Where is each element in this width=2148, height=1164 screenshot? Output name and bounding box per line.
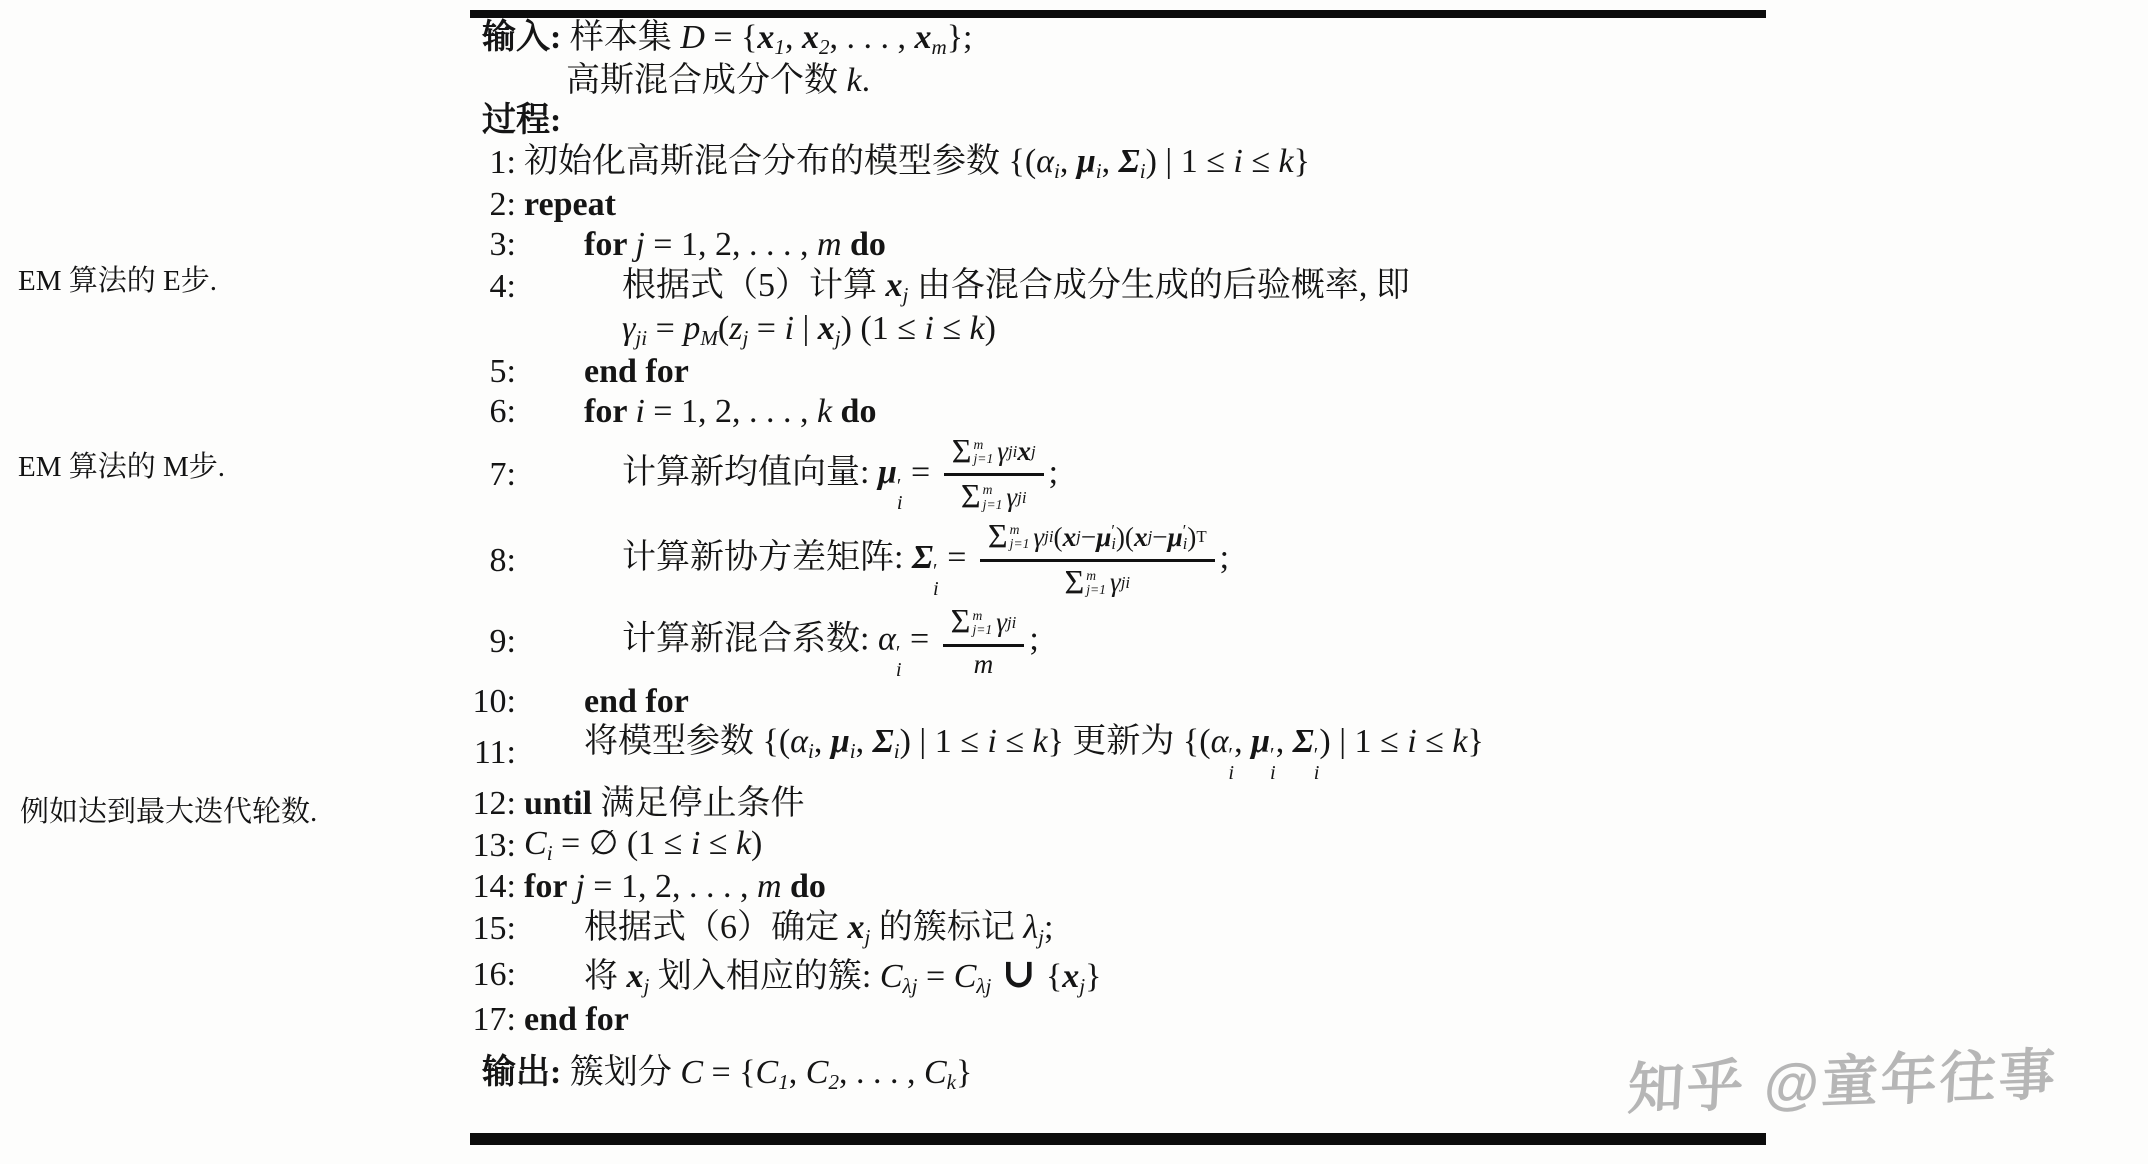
math-var: i <box>924 310 933 347</box>
math-var: C <box>924 1054 947 1091</box>
superscript: T <box>1196 528 1206 546</box>
math-var: γ <box>1033 523 1044 552</box>
line-content: 根据式（5）计算 xj 由各混合成分生成的后验概率, 即 <box>622 267 1410 307</box>
text: = 1, 2, . . . , <box>645 393 817 430</box>
sum-limits: mj=1 <box>1086 569 1106 598</box>
script-var: C <box>680 1054 703 1091</box>
text: 高斯混合成分个数 <box>566 62 847 99</box>
text: ; <box>1220 539 1229 576</box>
line-number: 13: <box>470 827 516 864</box>
math-var: γ <box>996 608 1007 637</box>
line-number: 12: <box>470 785 516 822</box>
algorithm-pseudocode: 输入: 样本集 D = {x1, x2, . . . , xm};高斯混合成分个… <box>470 16 2030 1097</box>
keyword: do <box>790 868 826 905</box>
line-content: until 满足停止条件 <box>524 785 805 822</box>
math-var: α <box>790 723 808 760</box>
text: ≤ <box>934 310 970 347</box>
math-vector: Σ <box>873 723 894 760</box>
text: ) | 1 ≤ <box>1146 143 1234 180</box>
math-var: k <box>817 393 832 430</box>
math-var: i <box>1233 143 1242 180</box>
subscript: 2 <box>828 1070 839 1094</box>
sum-lower-limit: j=1 <box>974 452 994 466</box>
text: = { <box>703 1054 756 1091</box>
algo-row-7: 7:计算新均值向量: μ′i = Σmj=1γjixjΣmj=1γji; <box>470 434 2030 516</box>
text: | <box>794 310 818 347</box>
stack-subscript: i <box>1270 765 1276 782</box>
margin-note-max-iterations: 例如达到最大迭代轮数. <box>20 789 317 830</box>
line-number: 11: <box>470 734 516 771</box>
line-content: Ci = ∅ (1 ≤ i ≤ k) <box>524 825 762 865</box>
line-content: 高斯混合成分个数 k. <box>566 62 870 99</box>
subscript: 2 <box>819 35 830 59</box>
math-var: m <box>757 868 782 905</box>
line-content: 根据式（6）确定 xj 的簇标记 λj; <box>584 909 1053 949</box>
algo-row-6: 6:for i = 1, 2, . . . , k do <box>470 393 2030 430</box>
fraction-denominator: Σmj=1γji <box>1064 562 1130 602</box>
keyword: until <box>524 785 592 822</box>
text: = <box>939 539 975 576</box>
text: = <box>901 621 937 658</box>
fraction-numerator: Σmj=1γji(xj−μ′i)(xj−μ′i)T <box>980 519 1215 562</box>
math-var: D <box>680 19 705 56</box>
subscript: 1 <box>778 1070 789 1094</box>
algo-row-head: 过程: <box>470 102 2030 139</box>
algo-row-cont: γji = pM(zj = i | xj) (1 ≤ i ≤ k) <box>470 310 2030 350</box>
algo-row-12: 12:until 满足停止条件 <box>470 785 2030 822</box>
math-vector: Σ <box>1119 143 1140 180</box>
math-var: α <box>1211 723 1229 760</box>
line-content: 计算新协方差矩阵: Σ′i = Σmj=1γji(xj−μ′i)(xj−μ′i)… <box>622 519 1229 601</box>
text: , <box>789 1054 806 1091</box>
subscript: k <box>947 1070 956 1094</box>
algo-row-5: 5:end for <box>470 353 2030 390</box>
keyword: 过程: <box>482 102 561 139</box>
math-var: i <box>635 393 644 430</box>
line-content: for i = 1, 2, . . . , k do <box>584 393 876 430</box>
math-var: α <box>878 621 896 658</box>
subscript: 1 <box>774 35 785 59</box>
sum-upper-limit: m <box>983 483 1003 497</box>
algo-row-2: 2:repeat <box>470 186 2030 223</box>
sum-operator: Σmj=1 <box>988 519 1030 556</box>
algo-row-4: 4:根据式（5）计算 xj 由各混合成分生成的后验概率, 即 <box>470 267 2030 307</box>
math-vector: μ <box>1096 523 1111 552</box>
algo-row-head: 输入: 样本集 D = {x1, x2, . . . , xm}; <box>470 19 2030 59</box>
algo-row-15: 15:根据式（6）确定 xj 的簇标记 λj; <box>470 909 2030 949</box>
text: , <box>785 19 802 56</box>
keyword: 输出: <box>482 1054 561 1091</box>
text: 划入相应的簇: <box>649 958 879 995</box>
math-var: γ <box>1006 483 1017 512</box>
math-var: C <box>954 958 977 995</box>
keyword: for <box>584 226 635 263</box>
sigma-symbol: Σ <box>952 434 972 471</box>
subscript: ji <box>1008 443 1017 461</box>
line-number: 2: <box>470 186 516 223</box>
sum-upper-limit: m <box>1010 523 1030 537</box>
fraction-denominator: m <box>974 647 994 679</box>
text: } <box>956 1054 972 1091</box>
math-var: i <box>784 310 793 347</box>
math-vector: μ <box>1168 523 1183 552</box>
math-var: k <box>1452 723 1467 760</box>
line-content: end for <box>584 683 689 720</box>
text: ; <box>1029 621 1038 658</box>
text: = <box>918 958 954 995</box>
subscript: ji <box>635 326 647 350</box>
text: ≤ <box>700 825 736 862</box>
text: , <box>1234 723 1251 760</box>
subscript: ji <box>1121 574 1130 592</box>
text: ; <box>1049 454 1058 491</box>
margin-note-e-step: EM 算法的 E步. <box>18 258 217 299</box>
margin-note-m-step: EM 算法的 M步. <box>18 444 225 485</box>
sum-lower-limit: j=1 <box>972 623 992 637</box>
math-vector: μ <box>831 723 850 760</box>
keyword: for <box>524 868 575 905</box>
text: , <box>1102 143 1119 180</box>
text: { <box>1046 958 1062 995</box>
text: ≤ <box>1243 143 1279 180</box>
text: 簇划分 <box>561 1054 680 1091</box>
line-content: γji = pM(zj = i | xj) (1 ≤ i ≤ k) <box>622 310 996 350</box>
subscript: M <box>700 326 718 350</box>
text: , <box>856 723 873 760</box>
text: = <box>647 310 683 347</box>
text <box>842 226 851 263</box>
fraction-denominator: Σmj=1γji <box>961 476 1027 516</box>
stack-subscript: i <box>933 581 939 598</box>
text: = ∅ (1 ≤ <box>553 825 691 862</box>
text: 根据式（5）计算 <box>622 267 886 304</box>
algo-row-head hang: 高斯混合成分个数 k. <box>470 62 2030 99</box>
text: } 更新为 {( <box>1048 723 1211 760</box>
math-var: i <box>691 825 700 862</box>
text: − <box>1081 523 1096 552</box>
line-number: 1: <box>470 144 516 181</box>
math-vector: x <box>1134 523 1148 552</box>
algo-row-11: 11:将模型参数 {(αi, μi, Σi) | 1 ≤ i ≤ k} 更新为 … <box>470 723 2030 782</box>
text: ) <box>985 310 996 347</box>
union-operator: ∪ <box>991 951 1046 996</box>
keyword: end for <box>584 353 689 390</box>
fraction: Σmj=1γjixjΣmj=1γji <box>944 434 1044 516</box>
line-number: 6: <box>470 393 516 430</box>
text: } <box>1085 958 1101 995</box>
text: , <box>1276 723 1293 760</box>
sum-limits: mj=1 <box>972 609 992 638</box>
sigma-symbol: Σ <box>951 604 971 641</box>
sum-limits: mj=1 <box>1010 523 1030 552</box>
math-vector: x <box>802 19 819 56</box>
text: ; <box>1044 909 1053 946</box>
text: , <box>814 723 831 760</box>
text: ( <box>718 310 729 347</box>
line-content: for j = 1, 2, . . . , m do <box>584 226 886 263</box>
line-number: 10: <box>470 683 516 720</box>
math-vector: x <box>914 19 931 56</box>
sigma-symbol: Σ <box>1064 565 1084 602</box>
keyword: do <box>850 226 886 263</box>
line-content: 计算新均值向量: μ′i = Σmj=1γjixjΣmj=1γji; <box>622 434 1058 516</box>
subscript: m <box>931 35 946 59</box>
sum-lower-limit: j=1 <box>1010 537 1030 551</box>
text: , <box>1060 143 1077 180</box>
math-vector: x <box>1062 958 1079 995</box>
text: ) | 1 ≤ <box>900 723 988 760</box>
math-var: i <box>1407 723 1416 760</box>
line-content: 计算新混合系数: α′i = Σmj=1γjim; <box>622 604 1039 679</box>
math-var: i <box>987 723 996 760</box>
line-content: 将模型参数 {(αi, μi, Σi) | 1 ≤ i ≤ k} 更新为 {(α… <box>584 723 1484 782</box>
keyword: do <box>841 393 877 430</box>
stack-subscript: i <box>896 662 902 679</box>
math-var: λ <box>1023 909 1038 946</box>
line-content: end for <box>584 353 689 390</box>
text: ) <box>751 825 762 862</box>
keyword: repeat <box>524 186 616 223</box>
subscript: λj <box>903 974 918 998</box>
text: 根据式（6）确定 <box>584 909 848 946</box>
text: 计算新协方差矩阵: <box>622 539 912 576</box>
line-number: 8: <box>470 542 516 579</box>
text: = 1, 2, . . . , <box>585 868 757 905</box>
line-content: 输出: 簇划分 C = {C1, C2, . . . , Ck} <box>482 1054 972 1094</box>
algorithm-bottom-rule <box>470 1133 1766 1145</box>
sum-operator: Σmj=1 <box>952 434 994 471</box>
line-number: 9: <box>470 623 516 660</box>
math-vector: x <box>848 909 865 946</box>
math-var: p <box>683 310 700 347</box>
math-var: j <box>575 868 584 905</box>
line-content: 初始化高斯混合分布的模型参数 {(αi, μi, Σi) | 1 ≤ i ≤ k… <box>524 143 1310 183</box>
algo-row-1: 1:初始化高斯混合分布的模型参数 {(αi, μi, Σi) | 1 ≤ i ≤… <box>470 143 2030 183</box>
line-content: 将 xj 划入相应的簇: Cλj = Cλj ∪ {xj} <box>584 952 1101 998</box>
math-vector: μ <box>1077 143 1096 180</box>
sigma-symbol: Σ <box>961 479 981 516</box>
subscript: ji <box>1017 489 1026 507</box>
line-number: 3: <box>470 226 516 263</box>
subscript: λj <box>976 974 991 998</box>
text: = <box>903 454 939 491</box>
math-var: k <box>970 310 985 347</box>
math-var: k <box>847 62 862 99</box>
stack-subscript: i <box>1314 765 1320 782</box>
sum-upper-limit: m <box>1086 569 1106 583</box>
text: = { <box>705 19 758 56</box>
math-vector: x <box>1017 437 1031 466</box>
sum-limits: mj=1 <box>974 438 994 467</box>
stack-subscript: i <box>897 495 903 512</box>
math-var: α <box>1036 143 1054 180</box>
line-number: 16: <box>470 956 516 993</box>
fraction: Σmj=1γjim <box>943 604 1025 679</box>
text: 初始化高斯混合分布的模型参数 {( <box>524 143 1036 180</box>
scanned-algorithm-page: EM 算法的 E步. EM 算法的 M步. 例如达到最大迭代轮数. 输入: 样本… <box>0 0 2148 1164</box>
text: = <box>748 310 784 347</box>
line-number: 5: <box>470 353 516 390</box>
text: − <box>1152 523 1167 552</box>
sum-lower-limit: j=1 <box>1086 583 1106 597</box>
keyword: 输入: <box>482 19 561 56</box>
math-vector: x <box>818 310 835 347</box>
line-number: 14: <box>470 868 516 905</box>
math-var: k <box>1033 723 1048 760</box>
math-var: C <box>880 958 903 995</box>
line-content: repeat <box>524 186 616 223</box>
sum-limits: mj=1 <box>983 483 1003 512</box>
math-vector: μ <box>1251 723 1270 760</box>
text: , . . . , <box>839 1054 924 1091</box>
text: ) (1 ≤ <box>841 310 925 347</box>
line-content: for j = 1, 2, . . . , m do <box>524 868 826 905</box>
fraction-numerator: Σmj=1γjixj <box>944 434 1044 477</box>
text: )( <box>1116 523 1134 552</box>
text: ≤ <box>997 723 1033 760</box>
algo-row-9: 9:计算新混合系数: α′i = Σmj=1γjim; <box>470 604 2030 679</box>
text: } <box>1467 723 1483 760</box>
line-number: 15: <box>470 910 516 947</box>
line-number: 17: <box>470 1001 516 1038</box>
line-number: 7: <box>470 456 516 493</box>
text: = 1, 2, . . . , <box>645 226 817 263</box>
math-vector: x <box>886 267 903 304</box>
fraction: Σmj=1γji(xj−μ′i)(xj−μ′i)TΣmj=1γji <box>980 519 1215 601</box>
sum-operator: Σmj=1 <box>961 479 1003 516</box>
math-vector: Σ <box>912 539 933 576</box>
text: ( <box>1054 523 1063 552</box>
subscript: j <box>1031 443 1036 461</box>
algo-row-16: 16:将 xj 划入相应的簇: Cλj = Cλj ∪ {xj} <box>470 952 2030 998</box>
math-var: γ <box>622 310 635 347</box>
fraction-numerator: Σmj=1γji <box>943 604 1025 647</box>
text: . <box>862 62 871 99</box>
text: } <box>1294 143 1310 180</box>
keyword: end for <box>584 683 689 720</box>
sum-upper-limit: m <box>972 609 992 623</box>
math-vector: μ <box>878 454 897 491</box>
stack-subscript: i <box>1228 765 1234 782</box>
math-vector: x <box>1063 523 1077 552</box>
text: }; <box>947 19 973 56</box>
math-var: γ <box>997 437 1008 466</box>
math-vector: x <box>757 19 774 56</box>
sum-operator: Σmj=1 <box>951 604 993 641</box>
line-content: end for <box>524 1001 629 1038</box>
text: 计算新均值向量: <box>622 454 878 491</box>
line-content: 输入: 样本集 D = {x1, x2, . . . , xm}; <box>482 19 972 59</box>
text: 的簇标记 <box>870 909 1023 946</box>
algo-row-10: 10:end for <box>470 683 2030 720</box>
text <box>832 393 841 430</box>
math-var: m <box>974 650 994 679</box>
math-var: k <box>1278 143 1293 180</box>
line-content: 过程: <box>482 102 561 139</box>
math-var: C <box>806 1054 829 1091</box>
text: 满足停止条件 <box>592 785 805 822</box>
math-var: k <box>736 825 751 862</box>
text: ) <box>1187 523 1196 552</box>
math-var: z <box>729 310 742 347</box>
text: ) | 1 ≤ <box>1319 723 1407 760</box>
sigma-symbol: Σ <box>988 519 1008 556</box>
subscript: ji <box>1044 528 1053 546</box>
zhihu-watermark: 知乎 @童年往事 <box>1626 1030 2060 1125</box>
text: 样本集 <box>561 19 680 56</box>
math-var: C <box>524 825 547 862</box>
math-var: C <box>756 1054 779 1091</box>
math-var: j <box>635 226 644 263</box>
algo-row-14: 14:for j = 1, 2, . . . , m do <box>470 868 2030 905</box>
text: 由各混合成分生成的后验概率, 即 <box>908 267 1410 304</box>
sum-operator: Σmj=1 <box>1064 565 1106 602</box>
math-var: m <box>817 226 842 263</box>
text: , . . . , <box>829 19 914 56</box>
text: 将模型参数 {( <box>584 723 790 760</box>
text <box>782 868 791 905</box>
algo-row-3: 3:for j = 1, 2, . . . , m do <box>470 226 2030 263</box>
keyword: end for <box>524 1001 629 1038</box>
text: 计算新混合系数: <box>622 621 878 658</box>
line-number: 4: <box>470 268 516 305</box>
algo-row-8: 8:计算新协方差矩阵: Σ′i = Σmj=1γji(xj−μ′i)(xj−μ′… <box>470 519 2030 601</box>
keyword: for <box>584 393 635 430</box>
algo-row-13: 13:Ci = ∅ (1 ≤ i ≤ k) <box>470 825 2030 865</box>
math-vector: x <box>627 958 644 995</box>
text: 将 <box>584 958 627 995</box>
algo-row-17: 17:end for <box>470 1001 2030 1038</box>
subscript: ji <box>1007 614 1016 632</box>
math-vector: Σ <box>1293 723 1314 760</box>
sum-upper-limit: m <box>974 438 994 452</box>
sum-lower-limit: j=1 <box>983 498 1003 512</box>
text: ≤ <box>1417 723 1453 760</box>
math-var: γ <box>1110 568 1121 597</box>
